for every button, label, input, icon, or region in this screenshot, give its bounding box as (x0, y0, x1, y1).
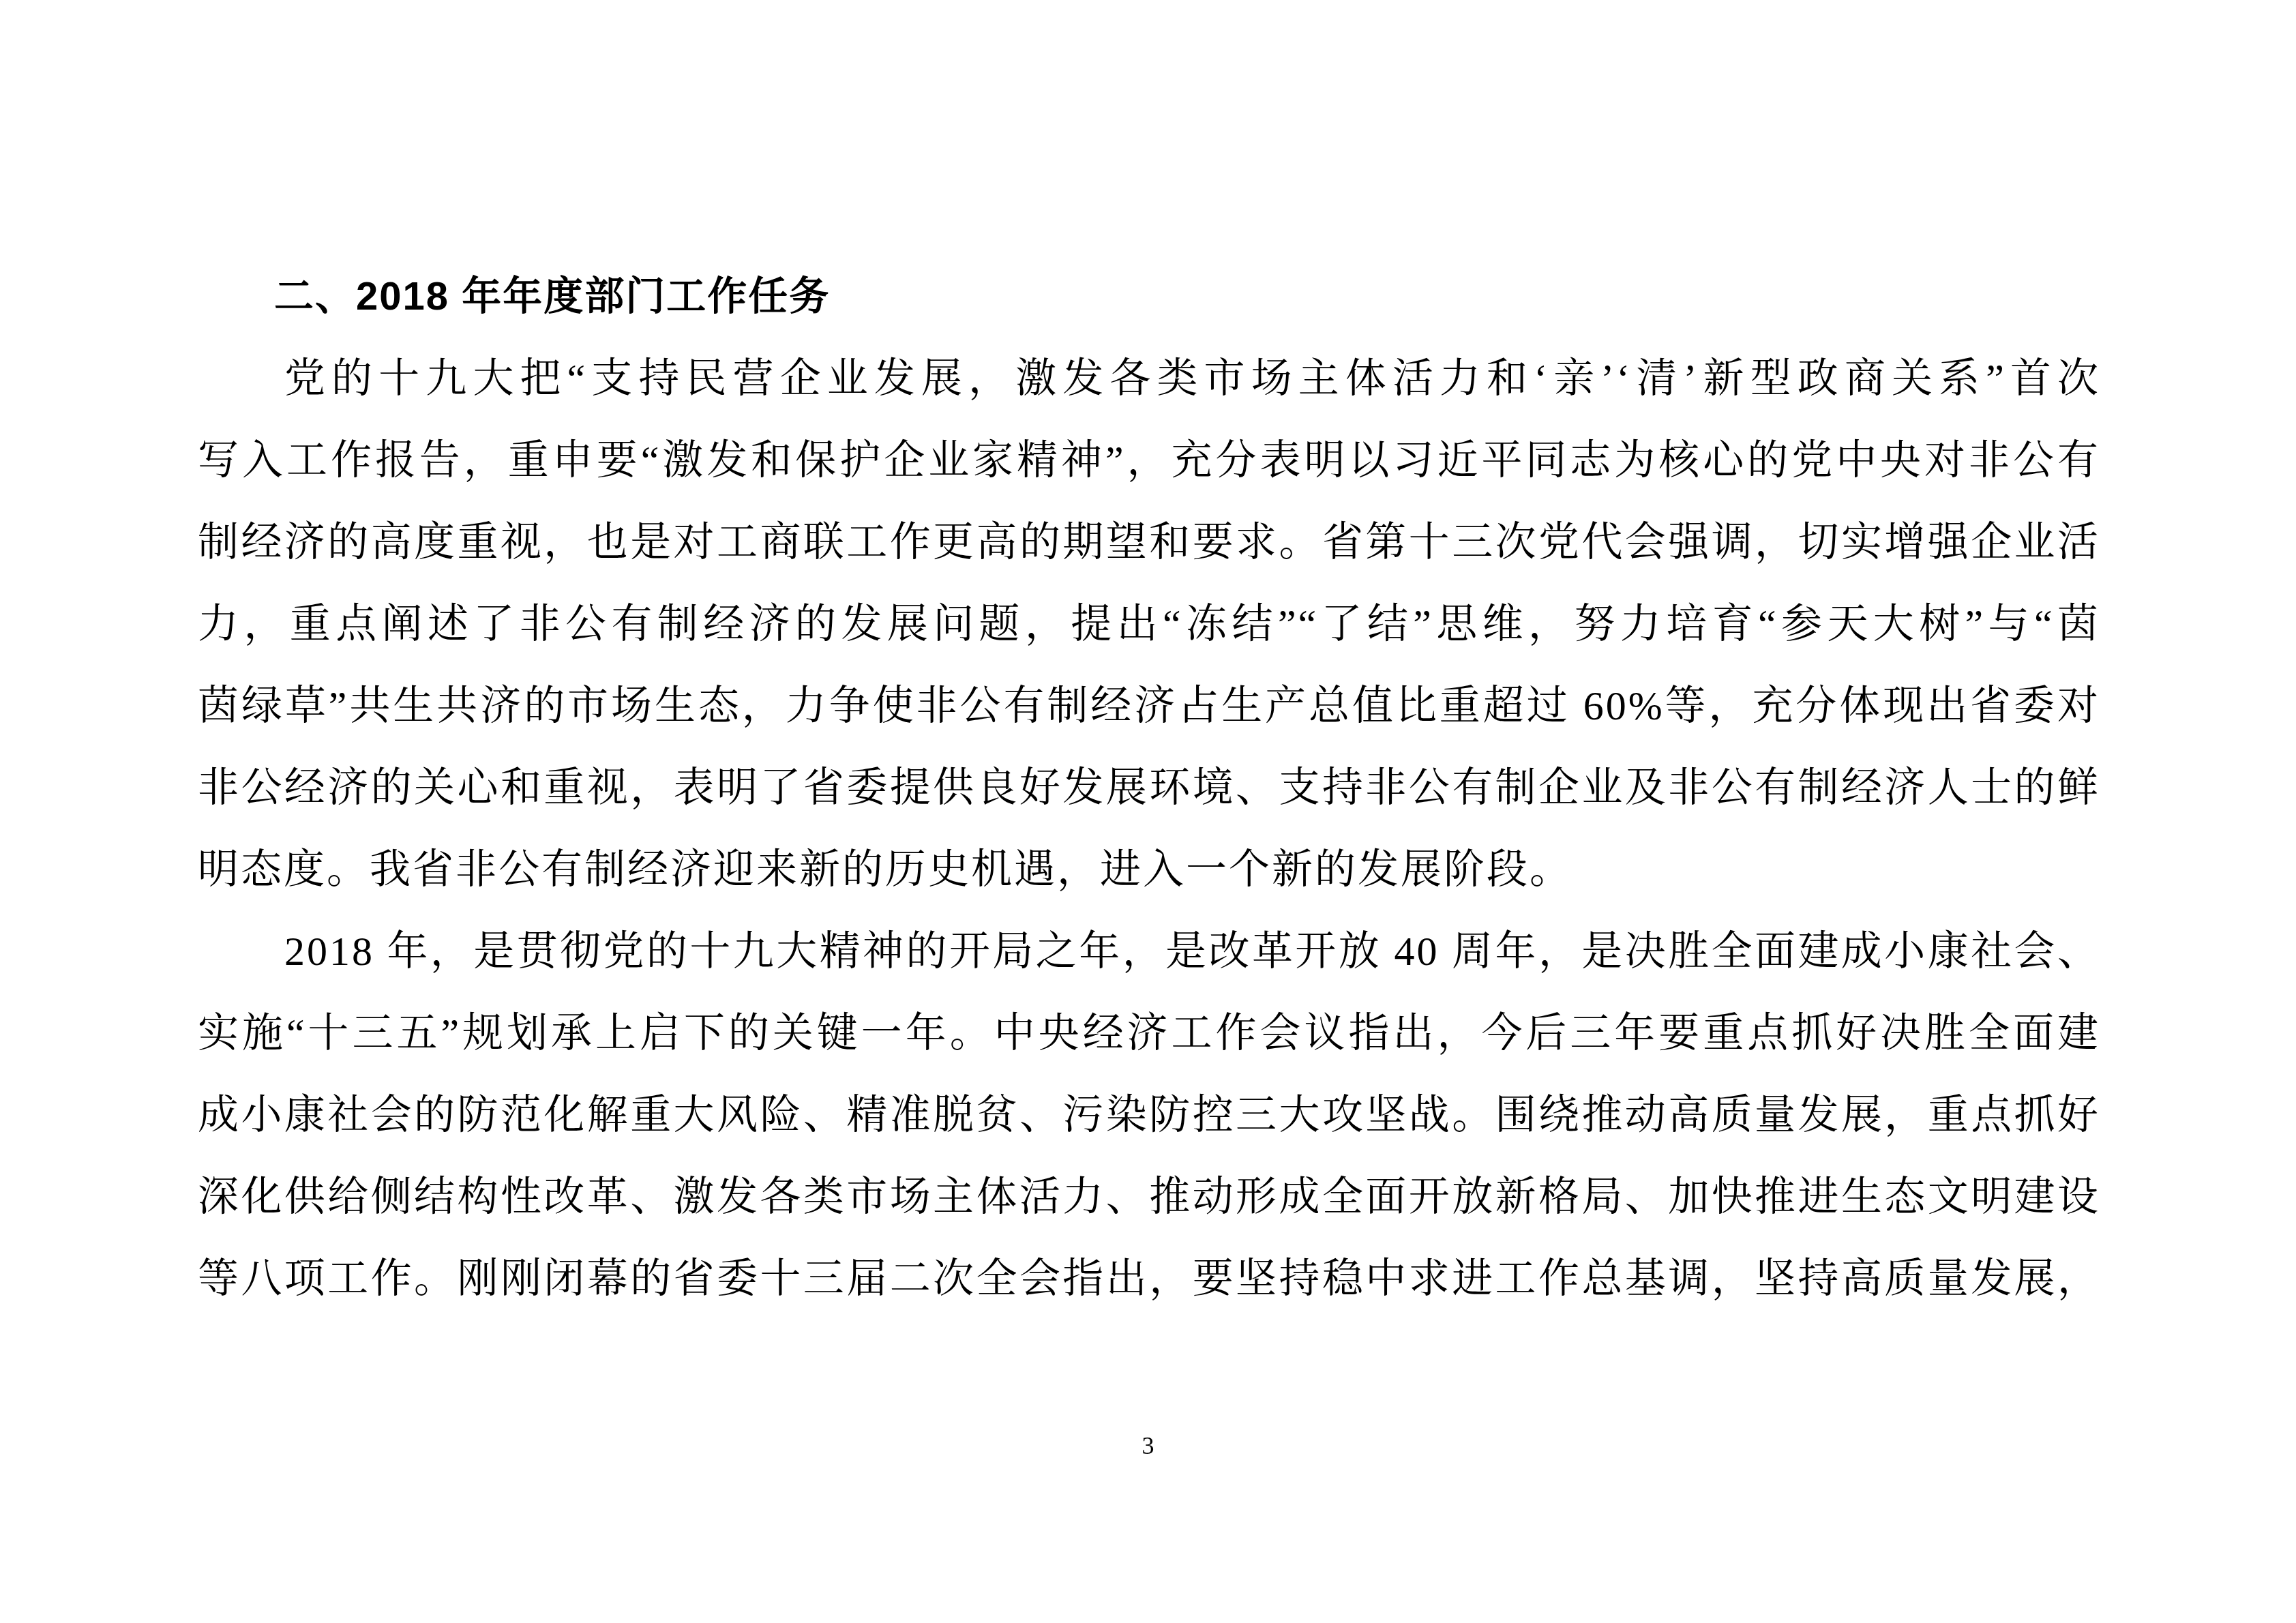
text-line: 非公经济的关心和重视，表明了省委提供良好发展环境、支持非公有制企业及非公有制经济… (198, 747, 2100, 829)
text-block: 二、2018 年年度部门工作任务 党的十九大把“支持民营企业发展，激发各类市场主… (198, 256, 2100, 1320)
section-heading: 二、2018 年年度部门工作任务 (274, 256, 2100, 338)
paragraph-2: 2018 年，是贯彻党的十九大精神的开局之年，是改革开放 40 周年，是决胜全面… (198, 910, 2100, 1320)
paragraph-1: 党的十九大把“支持民营企业发展，激发各类市场主体活力和‘亲’‘清’新型政商关系”… (198, 338, 2100, 910)
text-line: 实施“十三五”规划承上启下的关键一年。中央经济工作会议指出，今后三年要重点抓好决… (198, 992, 2100, 1074)
document-page: 二、2018 年年度部门工作任务 党的十九大把“支持民营企业发展，激发各类市场主… (0, 0, 2296, 1623)
page-number: 3 (0, 1424, 2296, 1468)
text-line: 成小康社会的防范化解重大风险、精准脱贫、污染防控三大攻坚战。围绕推动高质量发展，… (198, 1074, 2100, 1156)
text-line: 2018 年，是贯彻党的十九大精神的开局之年，是改革开放 40 周年，是决胜全面… (198, 910, 2100, 992)
text-line: 等八项工作。刚刚闭幕的省委十三届二次全会指出，要坚持稳中求进工作总基调，坚持高质… (198, 1238, 2100, 1320)
text-line: 制经济的高度重视，也是对工商联工作更高的期望和要求。省第十三次党代会强调，切实增… (198, 501, 2100, 583)
text-line: 茵绿草”共生共济的市场生态，力争使非公有制经济占生产总值比重超过 60%等，充分… (198, 665, 2100, 747)
text-line: 力，重点阐述了非公有制经济的发展问题，提出“冻结”“了结”思维，努力培育“参天大… (198, 583, 2100, 665)
text-line: 党的十九大把“支持民营企业发展，激发各类市场主体活力和‘亲’‘清’新型政商关系”… (198, 338, 2100, 419)
text-line: 写入工作报告，重申要“激发和保护企业家精神”，充分表明以习近平同志为核心的党中央… (198, 419, 2100, 501)
text-line: 深化供给侧结构性改革、激发各类市场主体活力、推动形成全面开放新格局、加快推进生态… (198, 1156, 2100, 1238)
text-line: 明态度。我省非公有制经济迎来新的历史机遇，进入一个新的发展阶段。 (198, 829, 2100, 910)
